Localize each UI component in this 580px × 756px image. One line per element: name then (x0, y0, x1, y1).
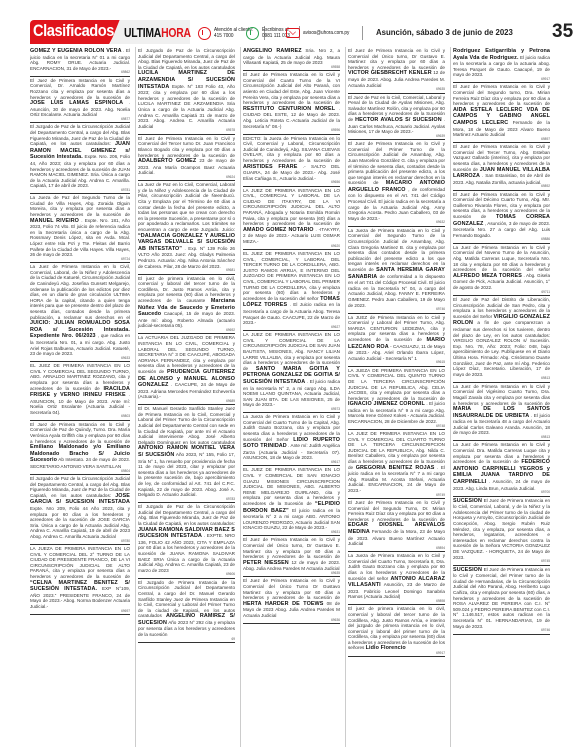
contact-email: avisos@uhora.com.py (286, 23, 363, 43)
legal-notice: LA JUEZ DE PRIMERA INSTANCIA EN LO CIVIL… (243, 187, 340, 250)
notice-code: 69746 (348, 308, 445, 311)
deceased-name: SUCESION (453, 567, 482, 573)
legal-notice: La Juez de Paz en lo Civil, Comercial, L… (138, 181, 235, 274)
column-5: Rodriguez Estigarribia y Petrona Ayala V… (450, 47, 550, 747)
notice-code: 69558 (243, 66, 340, 69)
notice-text: La Juez de Primera Instancia en lo Civil… (453, 384, 550, 406)
legal-notice: La ACTUARIA DEL JUZGADO DE PRIMERA INSTA… (138, 334, 235, 405)
notice-code: 69804 (30, 470, 130, 473)
notice-code: 69636 (243, 619, 340, 622)
notice-text: . EXPTE. NRO 136, FOLIO 42 AÑO 2023, CIT… (138, 533, 235, 573)
notice-text: EL JUEZ DE PRIMERA INSTANCIA EN LO CIVIL… (243, 251, 340, 301)
notice-text: a fin de que comparezcan a reclamar sus … (453, 320, 550, 376)
notice-code: 69689 (138, 400, 235, 403)
legal-notice: El Juzgado de Primera Instancia de la Ci… (138, 579, 235, 643)
notice-text: El Juez de Primera Instancia en lo Civil… (453, 498, 550, 560)
legal-notice: GOMEZ Y EUGENIA ROLON VERA . El juicio r… (30, 47, 130, 77)
notice-code: 69573 (243, 408, 340, 411)
legal-notice: El Juez de Primera Instancia en lo Civil… (348, 140, 445, 227)
deceased-name: SUCESION (453, 498, 482, 504)
notice-text: Expte. N° 183 Folio 43, Año 2023; cita y… (138, 84, 235, 129)
notice-code: 69617 (243, 461, 340, 464)
deceased-name: ALFREDO MEZA TORRES (453, 273, 522, 279)
divider (362, 26, 363, 40)
legal-notice: EL JUEZ DE PRIMERA INSTANCIA EN LO CIVIL… (243, 466, 340, 536)
newspaper-logo: ULTIMAHORA (124, 25, 191, 40)
legal-notice: LA JUEZA DE PRIMERA INSTANCIA EN LO CIVI… (30, 545, 130, 615)
notice-text: La Juez de Primera Instancia en lo Civil… (30, 264, 130, 319)
page-number: 35 (552, 21, 573, 43)
legal-notice: SUCESION El Juez de Primera Instancia en… (453, 497, 550, 566)
section-banner: Clasificados (30, 20, 122, 44)
notice-text: Año 2023, N° 155, Folio 17, Sria N° 1, h… (138, 452, 235, 497)
legal-notice: El Juez de Paz en lo Civil, Comercial, L… (348, 94, 445, 141)
legal-notice: El Juez de Primera Instancia en lo Civil… (453, 143, 550, 191)
legal-notice: El Juzgado de Paz de la Circunscripción … (30, 475, 130, 545)
notice-code: 69746 (453, 629, 550, 632)
legal-notice: LA JUEZ DE PRIMERA INSTANCIA EN LO CIVIL… (348, 430, 445, 499)
notice-code: 69780 (30, 540, 130, 543)
notice-code: 69627 (243, 326, 340, 329)
legal-notice: La Jueza de Primera Instancia en lo Civi… (243, 413, 340, 466)
notice-text: El Juez de Primera Instancia en lo Civil… (348, 141, 445, 185)
column-1: GOMEZ Y EUGENIA ROLON VERA . El juicio r… (30, 47, 130, 747)
notice-text: El Juez de Primera Instancia en lo Civil… (138, 136, 235, 158)
whatsapp-icon (246, 27, 259, 40)
legal-notice: El Juez de Primera Instancia en lo Civil… (30, 421, 130, 475)
legal-notice: El Juez de Primera Instancia en lo Civil… (138, 135, 235, 182)
notice-text: El Juez de Primera Instancia en lo Civil… (30, 422, 130, 444)
notice-text: El Juez de Primera Instancia en lo Civil… (348, 48, 445, 70)
deceased-name: RESTITUTO CENTURION MOREL (243, 106, 335, 112)
legal-notice: El juez de primera instancia en lo civil… (138, 275, 235, 335)
notice-text: La Jueza de Primera Instancia en lo Civi… (348, 228, 445, 272)
notice-code: 69783 (138, 498, 235, 501)
notice-code: 69892 (453, 185, 550, 188)
deceased-name: ADALBERTO GOMEZ (138, 158, 196, 164)
notice-text: Expte. Nro 209, Folio 44 Año 2023, cita … (30, 506, 130, 539)
notice-code: 69697 (30, 610, 130, 613)
legal-notice: El Juzgado de Paz de la Circunscripción … (138, 503, 235, 579)
legal-notice: El Dr. Manuel Gerardo Sanfildo Stanley J… (138, 405, 235, 503)
notice-code: 69862 (30, 71, 130, 74)
issue-date: Asunción, sábado 3 de junio de 2023 (376, 27, 513, 37)
legal-notice: SUCESION El Juez de Primera Instancia en… (453, 566, 550, 635)
deceased-name: ARISTIDES FRARE (243, 164, 297, 170)
notice-code: 69606 (138, 573, 235, 576)
mail-icon (286, 28, 300, 38)
deceased-name: GREGORIA BENITEZ ROJAS (356, 465, 435, 471)
notice-text: La Juez de Paz en lo Civil, Comercial, L… (138, 182, 235, 232)
legal-notice: El Juez de Primera Instancia en lo Civil… (243, 71, 340, 134)
notice-code: 69596 (243, 129, 340, 132)
deceased-name: PETER NIESSEN (243, 560, 289, 566)
notice-code: 69700 (453, 491, 550, 494)
notice-code: 69748 (348, 425, 445, 428)
notice-text: El juez de primera instancia en lo civil… (348, 606, 445, 650)
notice-text: La Juez de Primera Instancia en lo Civil… (453, 245, 550, 272)
legal-notice: El Juez de Primera Instancia en lo Civil… (348, 47, 445, 94)
notice-code: 69578 (138, 129, 235, 132)
notice-code: 69633 (30, 357, 130, 360)
page-header: Clasificados ULTIMAHORA Atención al clie… (0, 20, 580, 44)
notice-code: 69681 (138, 269, 235, 272)
notice-code: 69917 (348, 652, 445, 655)
legal-notice: La Juez de Primera Instancia en lo Civil… (30, 263, 130, 362)
notice-code: 69624 (138, 176, 235, 179)
legal-notice: La Juez de Primera Instancia en lo Civil… (453, 383, 550, 442)
legal-notice: El Juez de Primera Instancia en lo Civil… (348, 499, 445, 552)
notice-code: 69897 (453, 138, 550, 141)
notice-code: 69635 (243, 572, 340, 575)
notice-text: LA JUEZA DE PRIMERA INSTANCIA EN LO CIVI… (348, 368, 445, 401)
notice-code: 69620 (243, 245, 340, 248)
notice-code: 69632 (348, 221, 445, 224)
legal-notice: EL JUEZ DE PRIMERA INSTANCIA EN LO CIVIL… (243, 250, 340, 331)
notice-code: 69635 (348, 88, 445, 91)
notice-code: 69615 (348, 361, 445, 364)
notice-text: El Juez de Primera Instancia en lo Civil… (348, 500, 445, 522)
notice-code: 69803 (30, 415, 130, 418)
notice-text: El Juez de Primera Instancia en lo Civil… (243, 537, 340, 559)
legal-notice: El juez de primera instancia en lo civil… (348, 605, 445, 657)
notice-code: 69745 (453, 560, 550, 563)
notice-code: 69877 (30, 118, 130, 121)
notice-code: 69631 (243, 531, 340, 534)
legal-notice: El Juzgado de Paz de la Circunscripción … (30, 123, 130, 194)
notice-code: 69724 (30, 258, 130, 261)
column-4: El Juez de Primera Instancia en lo Civil… (345, 47, 445, 747)
notice-code: 69 (138, 638, 235, 641)
column-2: El Juzgado de Paz de la Circunscripción … (135, 47, 235, 747)
notice-text: El Juez de Primera Instancia en lo Civil… (243, 72, 340, 105)
notice-code: 69639 (348, 135, 445, 138)
notice-text: El Juez de Primera Instancia en lo Civil… (453, 84, 550, 106)
legal-notice: La Jueza de Primera Instancia en lo Civi… (348, 552, 445, 605)
legal-notice: La JUEZ de Primera Instancia en lo Civil… (348, 314, 445, 367)
notice-code: 69813 (453, 436, 550, 439)
legal-notice: El Juez de Primera Instancia en lo Civil… (243, 577, 340, 624)
deceased-name: HERTA HARDER DE TOEWS (243, 601, 323, 607)
deceased-name: AMADO GOMEZ NOTARIO (243, 227, 314, 233)
notice-code: 69749 (348, 494, 445, 497)
legal-notice: Rodriguez Estigarribia y Petrona Ayala V… (453, 47, 550, 83)
notice-code: 69813 (453, 377, 550, 380)
notice-text: LA JUEZA DE PRIMERA INSTANCIA EN LO CIVI… (30, 546, 130, 579)
deceased-name: IGNACIO JIMENEZ CORONIL (348, 401, 425, 407)
notice-text: El Dr. Manuel Gerardo Sanfildo Stanley J… (138, 406, 235, 445)
deceased-name: VICTOR GIESBRECHT KENLER (348, 70, 432, 76)
notice-code: 69894 (348, 547, 445, 550)
phone-icon (198, 27, 211, 40)
notice-text: LA JUEZ DE PRIMERA INSTANCIA EN LO CIVIL… (243, 188, 340, 227)
legal-notice: El Juez de Primera Instancia en lo Civil… (453, 83, 550, 143)
notice-text: El Juez de Primera Instancia en lo Civil… (243, 578, 340, 600)
deceased-name: ANGELINO RAMIREZ (243, 48, 302, 54)
notice-code: 69656 (243, 181, 340, 184)
legal-notice: El Juez de Primera Instancia en lo Civil… (30, 77, 130, 124)
deceased-name: MANUEL RIVEIRO (30, 218, 79, 224)
legal-notice: El Juez de Primera Instancia en lo Civil… (453, 191, 550, 244)
legal-notice: El Juez de Paz del Distrito de Liberació… (453, 296, 550, 383)
legal-notice: La Jueza de Primera Instancia en lo Civi… (348, 227, 445, 314)
deceased-name: HECTOR AVALOS S/ SUCESION (355, 117, 442, 123)
column-3: ANGELINO RAMIREZ Sria. Nro 2, a cargo de… (240, 47, 340, 747)
legal-notice: El Juez de Primera Instancia en lo Civil… (243, 536, 340, 577)
deceased-name: GOMEZ Y EUGENIA ROLON VERA (30, 48, 122, 54)
notice-code: 69781 (30, 189, 130, 192)
classifieds-columns: GOMEZ Y EUGENIA ROLON VERA . El juicio r… (30, 47, 550, 747)
legal-notice: LA JUEZA DE PRIMERA INSTANCIA EN LO CIVI… (348, 367, 445, 430)
notice-code: 69711 (453, 291, 550, 294)
legal-notice: EDICTO: la Jueza de Primera Instancia en… (243, 135, 340, 187)
notice-text: La Jueza de Paz del Segundo Turno de la … (30, 195, 130, 217)
legal-notice: La Jueza de Paz del Segundo Turno de la … (30, 194, 130, 263)
notice-text: El Juez de Primera Instancia en lo Civil… (453, 567, 550, 629)
notice-code: 69898 (348, 600, 445, 603)
notice-code: 69886 (453, 238, 550, 241)
notice-text: El Juzgado de Paz de la Circunscripción … (138, 48, 235, 70)
legal-notice: El Juzgado de Paz de la Circunscripción … (138, 47, 235, 135)
deceased-name: Lidio Florencio (366, 645, 406, 651)
legal-notice: ANGELINO RAMIREZ Sria. Nro 2, a cargo de… (243, 47, 340, 71)
legal-notice: EL JUEZ DE PRIMERA INSTANCIA EN LO CIVIL… (30, 362, 130, 421)
deceased-name: JOSE LUIS LAMAS ESPINOLA (30, 100, 123, 106)
legal-notice: LA JUEZ DE PRIMERA INSTANCIA EN LO CIVIL… (243, 331, 340, 413)
notice-code: 69692 (138, 329, 235, 332)
section-title: Clasificados (33, 21, 114, 41)
notice-text: El Juzgado de Paz de la Circunscripción … (138, 504, 235, 526)
notice-text: EDICTO: la Jueza de Primera Instancia en… (243, 136, 340, 163)
notice-text: El Juez de Primera Instancia en lo Civil… (30, 78, 130, 100)
notice-text: . Expte. Nro. 181, Año 2023, Folio 74 vl… (30, 218, 130, 258)
legal-notice: La Juez de Primera Instancia en lo Civil… (453, 441, 550, 496)
notice-code: 69917 (453, 78, 550, 81)
legal-notice: La Juez de Primera Instancia en lo Civil… (453, 244, 550, 296)
